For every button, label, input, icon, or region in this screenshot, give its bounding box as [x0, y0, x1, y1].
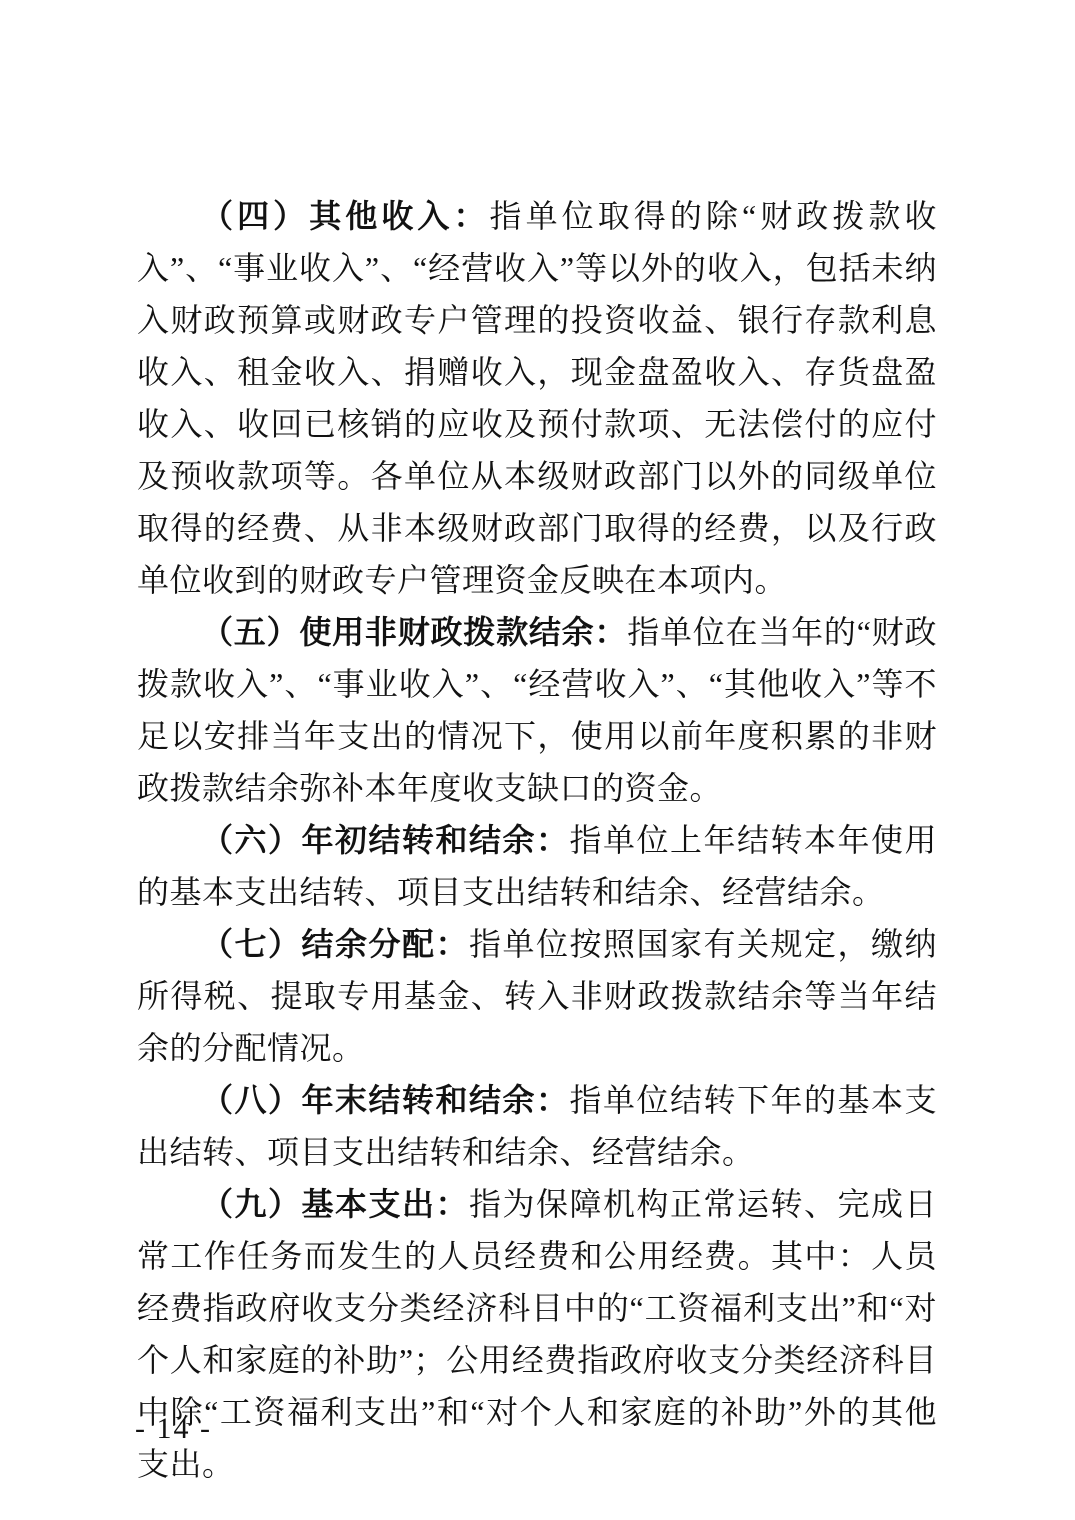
section-4-label: （四）其他收入： [201, 198, 490, 234]
section-7-label: （七）结余分配： [201, 926, 469, 962]
paragraph-section-6: （六）年初结转和结余：指单位上年结转本年使用的基本支出结转、项目支出结转和结余、… [137, 814, 937, 918]
paragraph-section-8: （八）年末结转和结余：指单位结转下年的基本支出结转、项目支出结转和结余、经营结余… [137, 1074, 937, 1178]
paragraph-section-7: （七）结余分配：指单位按照国家有关规定，缴纳所得税、提取专用基金、转入非财政拨款… [137, 918, 937, 1074]
section-4-text: 指单位取得的除“财政拨款收入”、“事业收入”、“经营收入”等以外的收入，包括未纳… [137, 198, 937, 598]
page-number: - 14 - [135, 1412, 212, 1446]
section-5-label: （五）使用非财政拨款结余： [201, 614, 627, 650]
paragraph-section-9: （九）基本支出：指为保障机构正常运转、完成日常工作任务而发生的人员经费和公用经费… [137, 1178, 937, 1490]
section-9-text: 指为保障机构正常运转、完成日常工作任务而发生的人员经费和公用经费。其中：人员经费… [137, 1186, 937, 1482]
section-9-label: （九）基本支出： [201, 1186, 469, 1222]
section-6-label: （六）年初结转和结余： [201, 822, 569, 858]
paragraph-section-5: （五）使用非财政拨款结余：指单位在当年的“财政拨款收入”、“事业收入”、“经营收… [137, 606, 937, 814]
document-body: （四）其他收入：指单位取得的除“财政拨款收入”、“事业收入”、“经营收入”等以外… [137, 190, 937, 1490]
paragraph-section-4: （四）其他收入：指单位取得的除“财政拨款收入”、“事业收入”、“经营收入”等以外… [137, 190, 937, 606]
document-page: （四）其他收入：指单位取得的除“财政拨款收入”、“事业收入”、“经营收入”等以外… [0, 0, 1075, 1520]
section-8-label: （八）年末结转和结余： [201, 1082, 569, 1118]
